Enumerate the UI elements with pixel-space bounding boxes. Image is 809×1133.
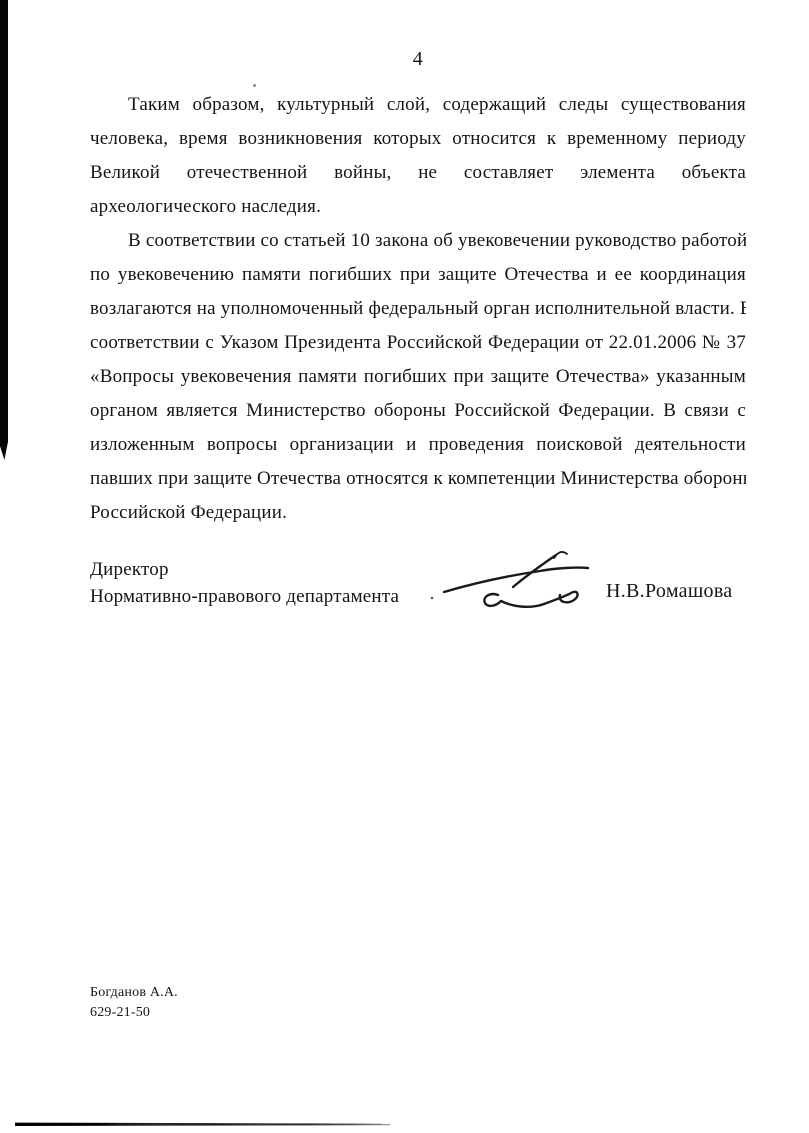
- signature-stroke-slash: [513, 555, 556, 587]
- page-number: 4: [90, 48, 746, 71]
- body-line: изложенным вопросы организации и проведе…: [90, 428, 746, 462]
- scan-artifact-left-bar: [0, 0, 8, 460]
- scan-artifact-bottom-line: [15, 1122, 390, 1126]
- body-line: человека, время возникновения которых от…: [90, 122, 746, 156]
- body-line: «Вопросы увековечения памяти погибших пр…: [90, 360, 746, 394]
- executor-phone: 629-21-50: [90, 1003, 178, 1023]
- signature-ink-dot: [431, 597, 434, 600]
- body-line: органом является Министерство обороны Ро…: [90, 394, 746, 428]
- body-line: соответствии с Указом Президента Российс…: [90, 326, 746, 360]
- body-line: Таким образом, культурный слой, содержащ…: [90, 88, 746, 122]
- signoff-block: Директор Нормативно-правового департамен…: [90, 556, 399, 610]
- signature-stroke-cursive: [484, 592, 577, 607]
- body-line: Великой отечественной войны, не составля…: [90, 156, 746, 190]
- body-line: павших при защите Отечества относятся к …: [90, 462, 746, 496]
- executor-block: Богданов А.А. 629-21-50: [90, 983, 178, 1023]
- scan-artifact-speck: [253, 84, 256, 87]
- body-line: археологического наследия.: [90, 190, 746, 224]
- signoff-title-line2: Нормативно-правового департамента: [90, 583, 399, 610]
- signer-name: Н.В.Ромашова: [606, 580, 732, 603]
- body-line: Российской Федерации.: [90, 496, 746, 530]
- letter-body: Таким образом, культурный слой, содержащ…: [90, 88, 746, 530]
- handwritten-signature: [428, 540, 598, 610]
- body-line: по увековечению памяти погибших при защи…: [90, 258, 746, 292]
- body-line: возлагаются на уполномоченный федеральны…: [90, 292, 746, 326]
- signature-stroke-sweep: [444, 568, 588, 592]
- executor-name: Богданов А.А.: [90, 983, 178, 1003]
- signoff-title-line1: Директор: [90, 556, 399, 583]
- body-line: В соответствии со статьей 10 закона об у…: [90, 224, 746, 258]
- signature-stroke-flick: [554, 552, 567, 558]
